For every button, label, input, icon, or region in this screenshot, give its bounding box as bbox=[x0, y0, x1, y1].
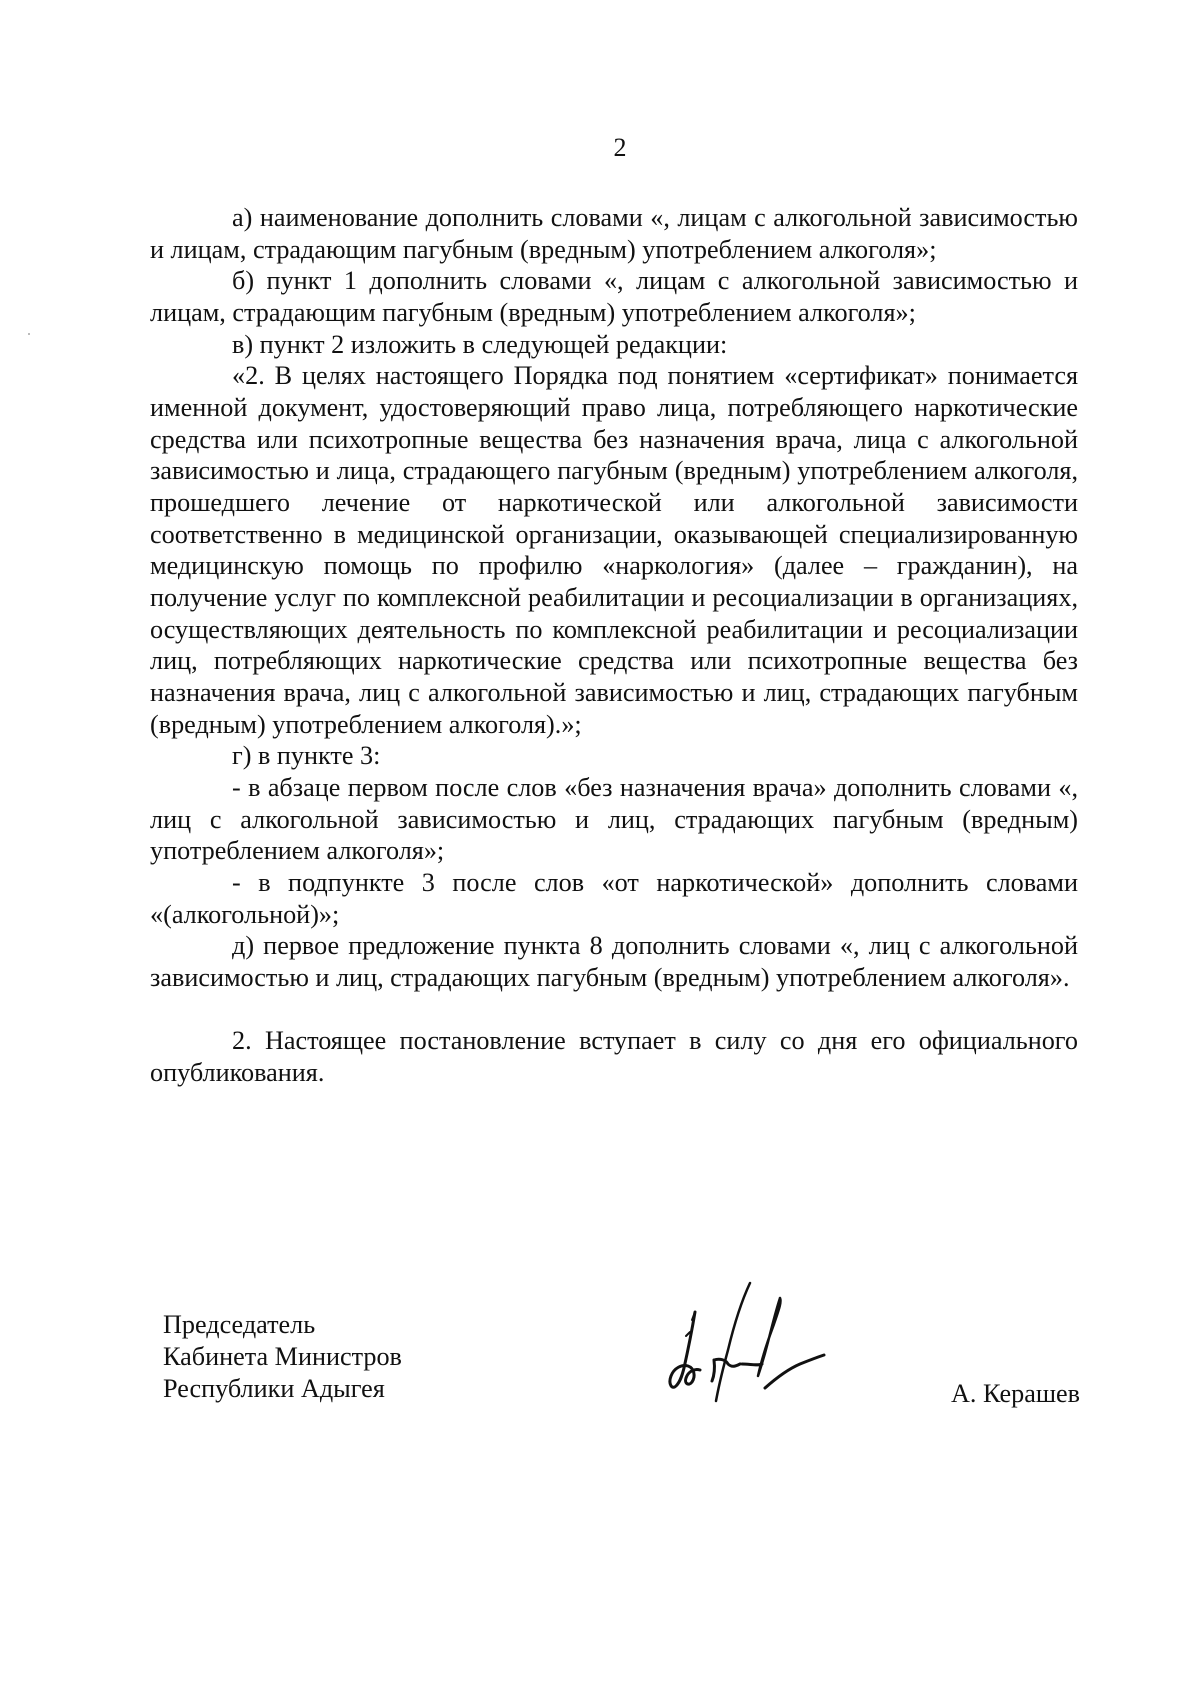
signer-name: А. Керашев bbox=[951, 1378, 1080, 1410]
position-line-3: Республики Адыгея bbox=[163, 1373, 402, 1405]
paragraph-amendment-d: д) первое предложение пункта 8 дополнить… bbox=[150, 930, 1078, 993]
paragraph-effective-date: 2. Настоящее постановление вступает в си… bbox=[150, 1025, 1078, 1088]
paragraph-amendment-v: в) пункт 2 изложить в следующей редакции… bbox=[150, 329, 1078, 361]
paragraph-amendment-g: г) в пункте 3: bbox=[150, 740, 1078, 772]
position-line-2: Кабинета Министров bbox=[163, 1341, 402, 1373]
paragraph-amendment-g-dash-2: - в подпункте 3 после слов «от наркотиче… bbox=[150, 867, 1078, 930]
page-number: 2 bbox=[0, 133, 1200, 163]
scan-artifact bbox=[28, 333, 30, 335]
paragraph-amendment-g-dash-1: - в абзаце первом после слов «без назнач… bbox=[150, 772, 1078, 867]
blank-line bbox=[150, 994, 1078, 1026]
paragraph-amendment-b: б) пункт 1 дополнить словами «, лицам с … bbox=[150, 265, 1078, 328]
paragraph-new-point-2: «2. В целях настоящего Порядка под понят… bbox=[150, 360, 1078, 740]
position-line-1: Председатель bbox=[163, 1309, 402, 1341]
document-body: а) наименование дополнить словами «, лиц… bbox=[150, 202, 1078, 1089]
paragraph-amendment-a: а) наименование дополнить словами «, лиц… bbox=[150, 202, 1078, 265]
handwritten-signature-icon bbox=[662, 1280, 827, 1405]
signatory-position: Председатель Кабинета Министров Республи… bbox=[163, 1309, 402, 1405]
